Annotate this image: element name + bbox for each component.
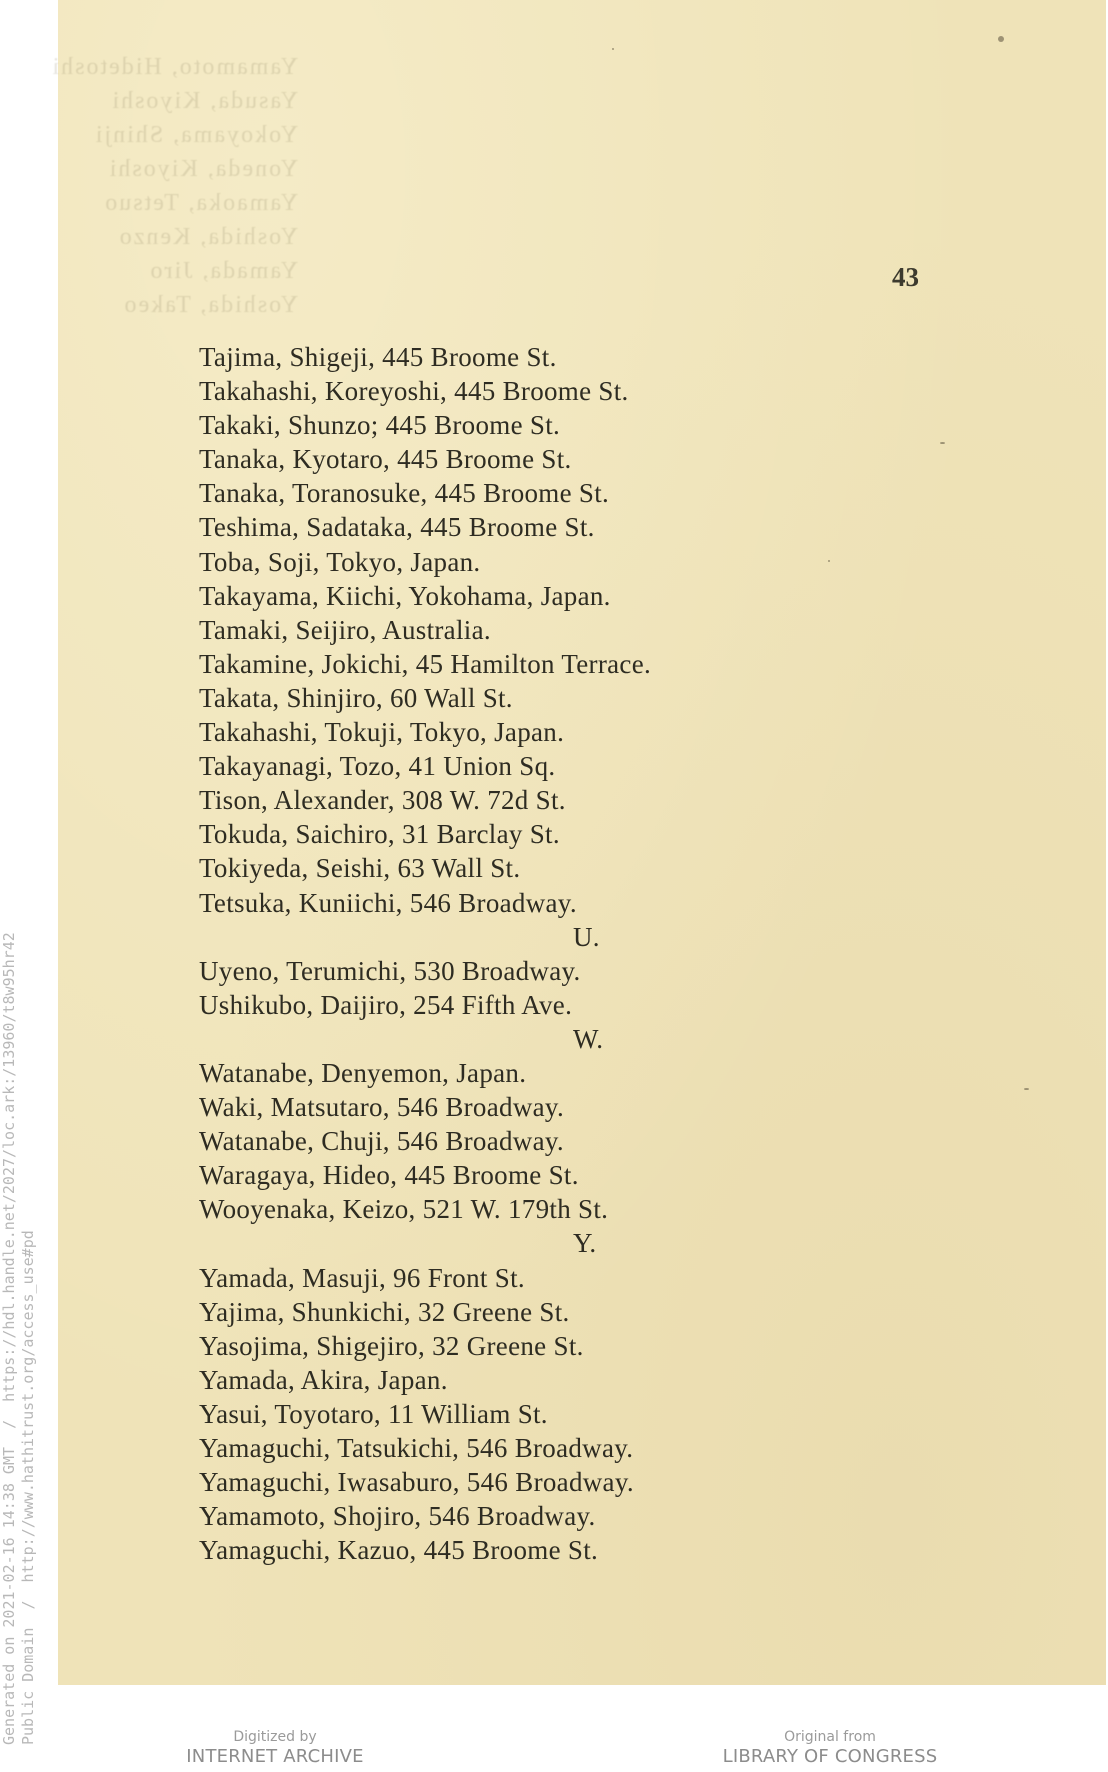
directory-entry: Yamada, Masuji, 96 Front St. — [199, 1261, 899, 1295]
directory-entry: Ushikubo, Daijiro, 254 Fifth Ave. — [199, 988, 899, 1022]
directory-entry: Yamaguchi, Iwasaburo, 546 Broadway. — [199, 1465, 899, 1499]
directory-entry: Tanaka, Toranosuke, 445 Broome St. — [199, 476, 899, 510]
section-letter-heading: U. — [199, 920, 899, 954]
directory-entry: Takata, Shinjiro, 60 Wall St. — [199, 681, 899, 715]
directory-entry: Tokuda, Saichiro, 31 Barclay St. — [199, 817, 899, 851]
directory-entry: Yamamoto, Shojiro, 546 Broadway. — [199, 1499, 899, 1533]
paper-speck — [1024, 1088, 1029, 1090]
directory-list: Tajima, Shigeji, 445 Broome St.Takahashi… — [199, 340, 899, 1567]
section-letter-heading: Y. — [199, 1226, 899, 1260]
hathitrust-watermark: Generated on 2021-02-16 14:38 GMT / http… — [0, 932, 38, 1745]
directory-entry: Yajima, Shunkichi, 32 Greene St. — [199, 1295, 899, 1329]
directory-entry: Watanabe, Denyemon, Japan. — [199, 1056, 899, 1090]
directory-entry: Waragaya, Hideo, 445 Broome St. — [199, 1158, 899, 1192]
original-from-credit: Original from LIBRARY OF CONGRESS — [720, 1728, 940, 1768]
directory-entry: Takamine, Jokichi, 45 Hamilton Terrace. — [199, 647, 899, 681]
watermark-line-2: Public Domain / http://www.hathitrust.or… — [19, 932, 38, 1745]
directory-entry: Teshima, Sadataka, 445 Broome St. — [199, 510, 899, 544]
bleed-through-text: Yamamoto, Hidetoshi Yasuda, Kiyoshi Yoko… — [58, 50, 298, 330]
directory-entry: Tokiyeda, Seishi, 63 Wall St. — [199, 851, 899, 885]
paper-speck — [998, 36, 1004, 42]
watermark-line-1: Generated on 2021-02-16 14:38 GMT / http… — [0, 932, 19, 1745]
directory-entry: Takayanagi, Tozo, 41 Union Sq. — [199, 749, 899, 783]
directory-entry: Tetsuka, Kuniichi, 546 Broadway. — [199, 886, 899, 920]
directory-entry: Tamaki, Seijiro, Australia. — [199, 613, 899, 647]
digitized-by-label: Digitized by — [180, 1728, 370, 1746]
directory-entry: Waki, Matsutaro, 546 Broadway. — [199, 1090, 899, 1124]
digitized-by-credit: Digitized by INTERNET ARCHIVE — [180, 1728, 370, 1768]
section-letter-heading: W. — [199, 1022, 899, 1056]
directory-entry: Toba, Soji, Tokyo, Japan. — [199, 545, 899, 579]
directory-entry: Yasojima, Shigejiro, 32 Greene St. — [199, 1329, 899, 1363]
directory-entry: Takahashi, Tokuji, Tokyo, Japan. — [199, 715, 899, 749]
page-number: 43 — [892, 262, 919, 293]
paper-speck — [940, 442, 945, 444]
directory-entry: Takayama, Kiichi, Yokohama, Japan. — [199, 579, 899, 613]
directory-entry: Wooyenaka, Keizo, 521 W. 179th St. — [199, 1192, 899, 1226]
directory-entry: Tison, Alexander, 308 W. 72d St. — [199, 783, 899, 817]
directory-entry: Takahashi, Koreyoshi, 445 Broome St. — [199, 374, 899, 408]
directory-entry: Watanabe, Chuji, 546 Broadway. — [199, 1124, 899, 1158]
directory-entry: Yamada, Akira, Japan. — [199, 1363, 899, 1397]
paper-speck — [612, 48, 614, 50]
directory-entry: Yamaguchi, Kazuo, 445 Broome St. — [199, 1533, 899, 1567]
internet-archive-label: INTERNET ARCHIVE — [180, 1746, 370, 1768]
original-from-label: Original from — [720, 1728, 940, 1746]
directory-entry: Tanaka, Kyotaro, 445 Broome St. — [199, 442, 899, 476]
directory-entry: Takaki, Shunzo; 445 Broome St. — [199, 408, 899, 442]
library-of-congress-label: LIBRARY OF CONGRESS — [720, 1746, 940, 1768]
directory-entry: Tajima, Shigeji, 445 Broome St. — [199, 340, 899, 374]
directory-entry: Yasui, Toyotaro, 11 William St. — [199, 1397, 899, 1431]
directory-entry: Yamaguchi, Tatsukichi, 546 Broadway. — [199, 1431, 899, 1465]
directory-entry: Uyeno, Terumichi, 530 Broadway. — [199, 954, 899, 988]
